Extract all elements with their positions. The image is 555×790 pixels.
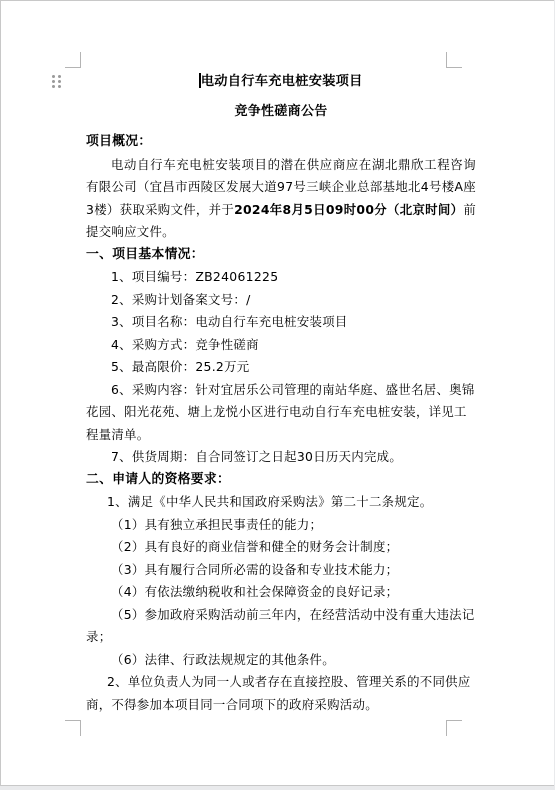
procurement-plan-number: 2、采购计划备案文号：/ [86, 289, 476, 312]
requirement-sub-5: （5）参加政府采购活动前三年内，在经营活动中没有重大违法记录； [86, 604, 476, 649]
drag-handle-icon[interactable] [52, 75, 62, 89]
section2-heading: 二、申请人的资格要求： [86, 469, 476, 492]
requirement-sub-3: （3）具有履行合同所必需的设备和专业技术能力； [86, 559, 476, 582]
procurement-method: 4、采购方式：竞争性磋商 [86, 334, 476, 357]
margin-corner-mark-bottom-right [446, 720, 462, 736]
requirement-sub-6: （6）法律、行政法规规定的其他条件。 [86, 649, 476, 672]
drag-dot [58, 85, 61, 88]
margin-corner-mark-top-left [65, 52, 81, 68]
document-body[interactable]: 电动自行车充电桩安装项目 竞争性磋商公告 项目概况： 电动自行车充电桩安装项目的… [86, 71, 476, 716]
drag-dot [52, 80, 55, 83]
requirement-sub-4: （4）有依法缴纳税收和社会保障资金的良好记录； [86, 581, 476, 604]
drag-dot [52, 75, 55, 78]
margin-corner-mark-top-right [446, 52, 462, 68]
submission-deadline: 2024年8月5日09时00分（北京时间） [234, 202, 463, 217]
procurement-content: 6、采购内容：针对宜居乐公司管理的南站华庭、盛世名居、奥锦花园、阳光花苑、塘上龙… [86, 379, 476, 447]
requirement-sub-1: （1）具有独立承担民事责任的能力； [86, 514, 476, 537]
overview-heading: 项目概况： [86, 131, 476, 154]
project-number: 1、项目编号：ZB24061225 [86, 266, 476, 289]
max-price: 5、最高限价：25.2万元 [86, 356, 476, 379]
drag-dot [58, 80, 61, 83]
requirement-2: 2、单位负责人为同一人或者存在直接控股、管理关系的不同供应商，不得参加本项目同一… [86, 671, 476, 716]
overview-paragraph: 电动自行车充电桩安装项目的潜在供应商应在湖北鼎欣工程咨询有限公司（宜昌市西陵区发… [86, 154, 476, 244]
requirement-1: 1、满足《中华人民共和国政府采购法》第二十二条规定。 [86, 491, 476, 514]
document-subtitle: 竞争性磋商公告 [86, 101, 476, 123]
margin-corner-mark-bottom-left [65, 720, 81, 736]
project-name: 3、项目名称：电动自行车充电桩安装项目 [86, 311, 476, 334]
document-page[interactable]: 电动自行车充电桩安装项目 竞争性磋商公告 项目概况： 电动自行车充电桩安装项目的… [0, 0, 554, 786]
drag-dot [52, 85, 55, 88]
document-title-text: 电动自行车充电桩安装项目 [201, 74, 363, 89]
section1-heading: 一、项目基本情况： [86, 244, 476, 267]
drag-dot [58, 75, 61, 78]
requirement-sub-2: （2）具有良好的商业信誉和健全的财务会计制度； [86, 536, 476, 559]
document-title: 电动自行车充电桩安装项目 [86, 71, 476, 93]
supply-period: 7、供货周期：自合同签订之日起30日历天内完成。 [86, 446, 476, 469]
